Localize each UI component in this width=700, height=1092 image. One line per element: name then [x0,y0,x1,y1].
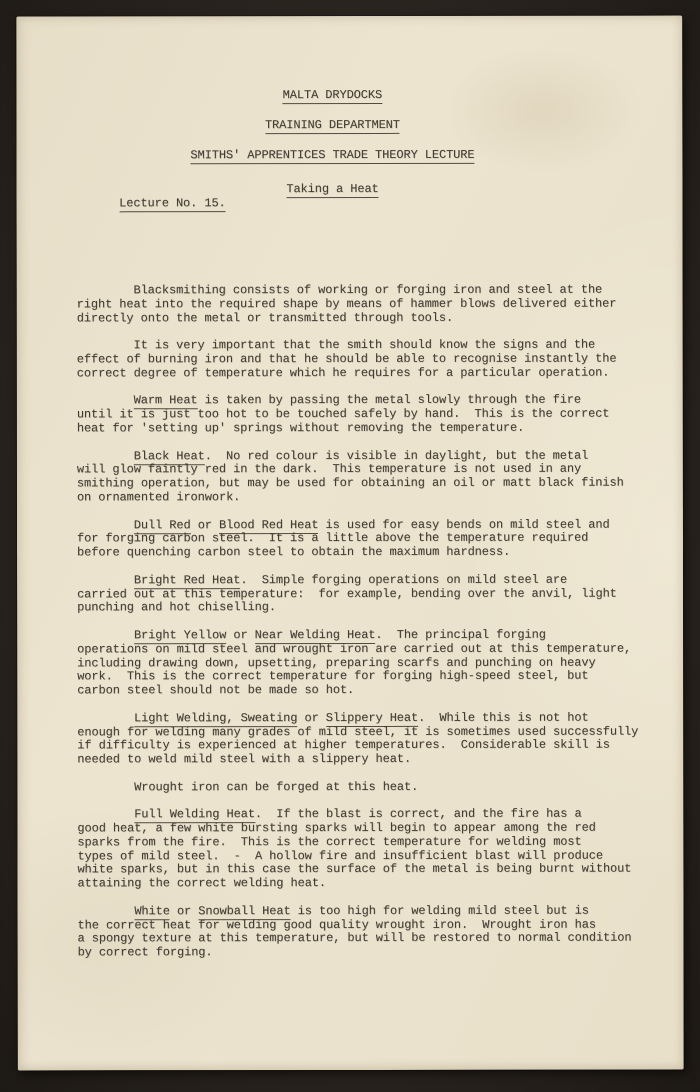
document-body: Blacksmithing consists of working or for… [77,284,656,961]
dept-title: TRAINING DEPARTMENT [265,118,400,134]
paragraph: Black Heat. No red colour is visible in … [77,449,655,505]
paragraph: Full Welding Heat. If the blast is corre… [77,808,655,892]
paragraph: White or Snowball Heat is too high for w… [78,904,656,960]
document-page: MALTA DRYDOCKS TRAINING DEPARTMENT SMITH… [16,16,683,1071]
paragraph-text: It is very important that the smith shou… [77,338,617,380]
paragraph: Warm Heat is taken by passing the metal … [77,394,655,436]
org-title: MALTA DRYDOCKS [283,88,382,104]
paragraph-text: Wrought iron can be forged at this heat. [77,780,418,794]
header-line: TRAINING DEPARTMENT [76,118,588,133]
paragraph-text: or [226,628,254,642]
lecture-title: Taking a Heat [286,182,378,198]
paragraph-text [77,518,134,532]
paragraph-text [77,394,134,408]
paragraph: Blacksmithing consists of working or for… [77,284,655,326]
paragraph-text: or [170,904,198,918]
scan-background: MALTA DRYDOCKS TRAINING DEPARTMENT SMITH… [0,0,700,1092]
paragraph: It is very important that the smith shou… [77,339,655,381]
paragraph: Dull Red or Blood Red Heat is used for e… [77,518,655,560]
document-header: MALTA DRYDOCKS TRAINING DEPARTMENT SMITH… [76,88,588,163]
lecture-series-title: SMITHS' APPRENTICES TRADE THEORY LECTURE [190,148,474,164]
paragraph-text: Blacksmithing consists of working or for… [77,283,617,325]
paragraph-text [77,449,134,463]
header-line: SMITHS' APPRENTICES TRADE THEORY LECTURE [76,148,588,163]
paragraph-text [77,573,134,587]
paragraph-text [78,904,135,918]
lecture-number: Lecture No. 15. [119,196,226,212]
lecture-title-wrap: Taking a Heat [76,182,588,197]
paragraph: Light Welding, Sweating or Slippery Heat… [77,711,655,767]
paragraph-text [77,711,134,725]
paragraph: Bright Red Heat. Simple forging operatio… [77,573,655,615]
paragraph-text [77,628,134,642]
paragraph: Bright Yellow or Near Welding Heat. The … [77,628,655,698]
lecture-heading-row: Lecture No. 15. Taking a Heat [76,182,646,239]
paragraph-text [77,808,134,822]
paragraph: Wrought iron can be forged at this heat. [77,780,655,795]
header-line: MALTA DRYDOCKS [76,88,588,103]
paragraph-text: or [191,518,219,532]
paragraph-text: or [297,711,325,725]
